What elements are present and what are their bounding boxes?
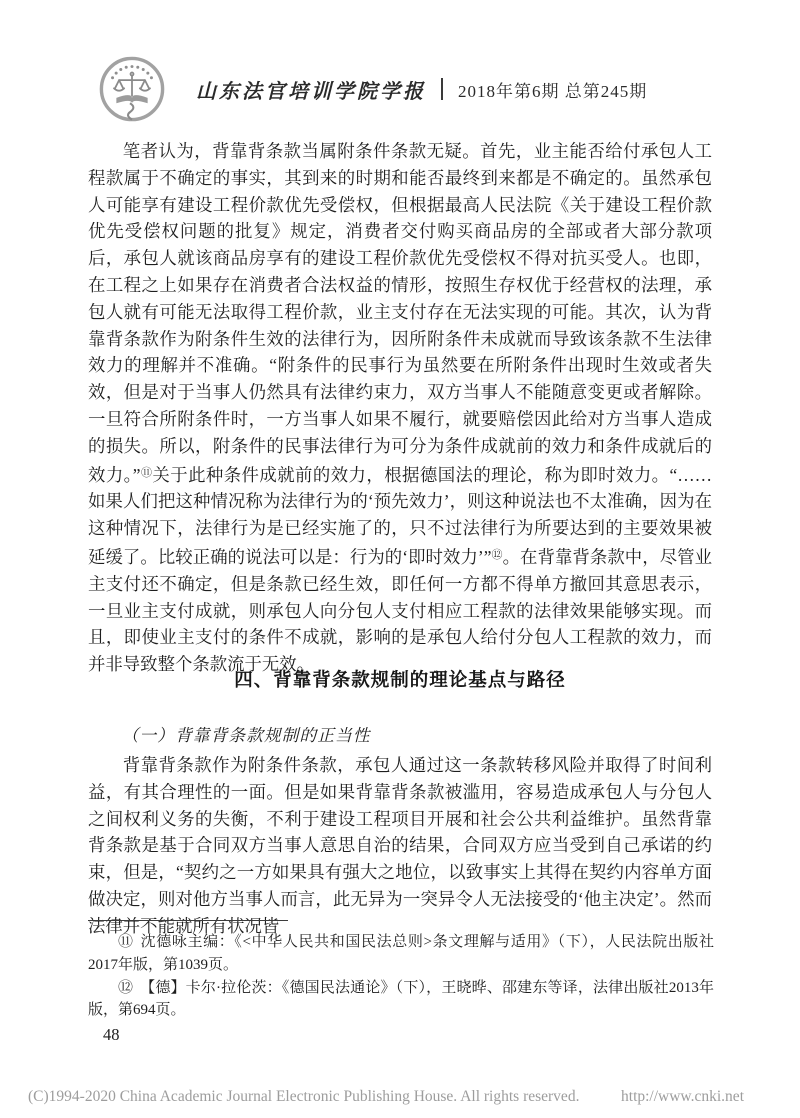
journal-page: 山东法官培训学院学报 2018年第6期 总第245期 笔者认为，背靠背条款当属附… xyxy=(0,0,800,1118)
footer-url: http://www.cnki.net xyxy=(621,1088,744,1106)
footnote-ref-11: ⑪ xyxy=(141,467,153,479)
footer-copyright: (C)1994-2020 China Academic Journal Elec… xyxy=(28,1088,579,1106)
body-paragraph-2: 背靠背条款作为附条件条款，承包人通过这一条款转移风险并取得了时间利益，有其合理性… xyxy=(88,752,712,940)
subsection-heading: （一）背靠背条款规制的正当性 xyxy=(88,722,712,746)
body-paragraph-1: 笔者认为，背靠背条款当属附条件条款无疑。首先，业主能否给付承包人工程款属于不确定… xyxy=(88,138,712,678)
footnote-item-11: ⑪沈德咏主编：《<中华人民共和国民法总则>条文理解与适用》（下），人民法院出版社… xyxy=(88,931,714,977)
paragraph-1-segment-1: 笔者认为，背靠背条款当属附条件条款无疑。首先，业主能否给付承包人工程款属于不确定… xyxy=(88,141,712,485)
section-heading: 四、背靠背条款规制的理论基点与路径 xyxy=(0,666,800,692)
page-number: 48 xyxy=(103,1025,120,1045)
footnote-marker-12: ⑫ xyxy=(118,980,133,996)
footnote-ref-12: ⑫ xyxy=(491,549,502,561)
footnote-item-12: ⑫【德】卡尔·拉伦茨：《德国民法通论》（下），王晓晔、邵建东等译，法律出版社20… xyxy=(88,977,714,1023)
footnote-text-11: 沈德咏主编：《<中华人民共和国民法总则>条文理解与适用》（下），人民法院出版社2… xyxy=(88,934,714,973)
journal-title: 山东法官培训学院学报 xyxy=(196,75,426,104)
page-header: 山东法官培训学院学报 2018年第6期 总第245期 xyxy=(98,54,647,124)
page-footer: (C)1994-2020 China Academic Journal Elec… xyxy=(28,1088,744,1106)
issue-info: 2018年第6期 总第245期 xyxy=(458,77,647,102)
header-divider xyxy=(441,78,443,100)
journal-seal-icon xyxy=(98,55,166,123)
footnotes-block: ⑪沈德咏主编：《<中华人民共和国民法总则>条文理解与适用》（下），人民法院出版社… xyxy=(88,931,714,1022)
footnote-separator xyxy=(88,920,288,921)
footnote-text-12: 【德】卡尔·拉伦茨：《德国民法通论》（下），王晓晔、邵建东等译，法律出版社201… xyxy=(88,980,714,1019)
footnote-marker-11: ⑪ xyxy=(118,934,134,950)
